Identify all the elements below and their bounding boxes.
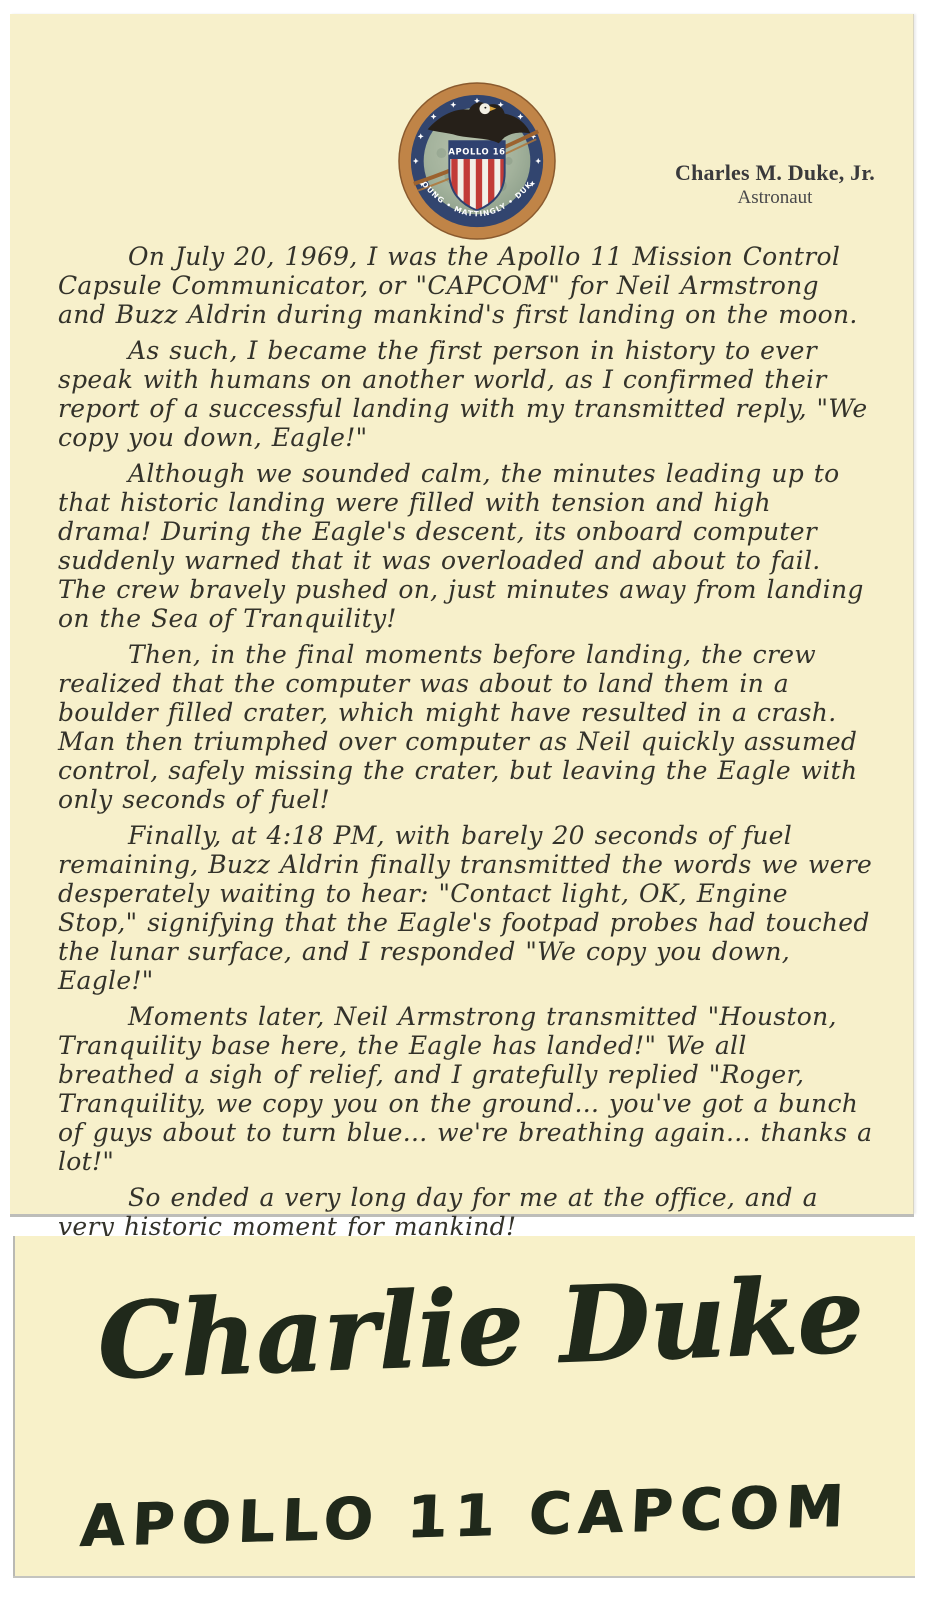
letter-body: On July 20, 1969, I was the Apollo 11 Mi… bbox=[58, 242, 873, 1326]
apollo-16-patch-icon: APOLLO 16 YOUNG • MATTINGLY • DUKE bbox=[398, 82, 556, 240]
letter-paragraph-4: Then, in the final moments before landin… bbox=[58, 640, 873, 814]
signature-crop-panel: Charlie Duke APOLLO 11 CAPCOM bbox=[13, 1236, 915, 1576]
letter-paragraph-5: Finally, at 4:18 PM, with barely 20 seco… bbox=[58, 821, 873, 995]
crop-signature-role: APOLLO 11 CAPCOM bbox=[14, 1470, 917, 1562]
crop-signature-name: Charlie Duke bbox=[95, 1253, 865, 1403]
letter-paragraph-2: As such, I became the first person in hi… bbox=[58, 336, 873, 452]
letter-paragraph-1: On July 20, 1969, I was the Apollo 11 Mi… bbox=[58, 242, 873, 329]
letterhead-title: Astronaut bbox=[665, 187, 885, 209]
patch-mission-text: APOLLO 16 bbox=[448, 147, 505, 157]
letter-paragraph-3: Although we sounded calm, the minutes le… bbox=[58, 459, 873, 633]
scanned-letter: APOLLO 16 YOUNG • MATTINGLY • DUKE Charl… bbox=[0, 0, 925, 1600]
letterhead-name: Charles M. Duke, Jr. bbox=[665, 160, 885, 186]
letter-page: APOLLO 16 YOUNG • MATTINGLY • DUKE Charl… bbox=[10, 14, 914, 1214]
letter-paragraph-7: So ended a very long day for me at the o… bbox=[58, 1183, 873, 1241]
letterhead-block: Charles M. Duke, Jr. Astronaut bbox=[665, 160, 885, 209]
letter-paragraph-6: Moments later, Neil Armstrong transmitte… bbox=[58, 1002, 873, 1176]
